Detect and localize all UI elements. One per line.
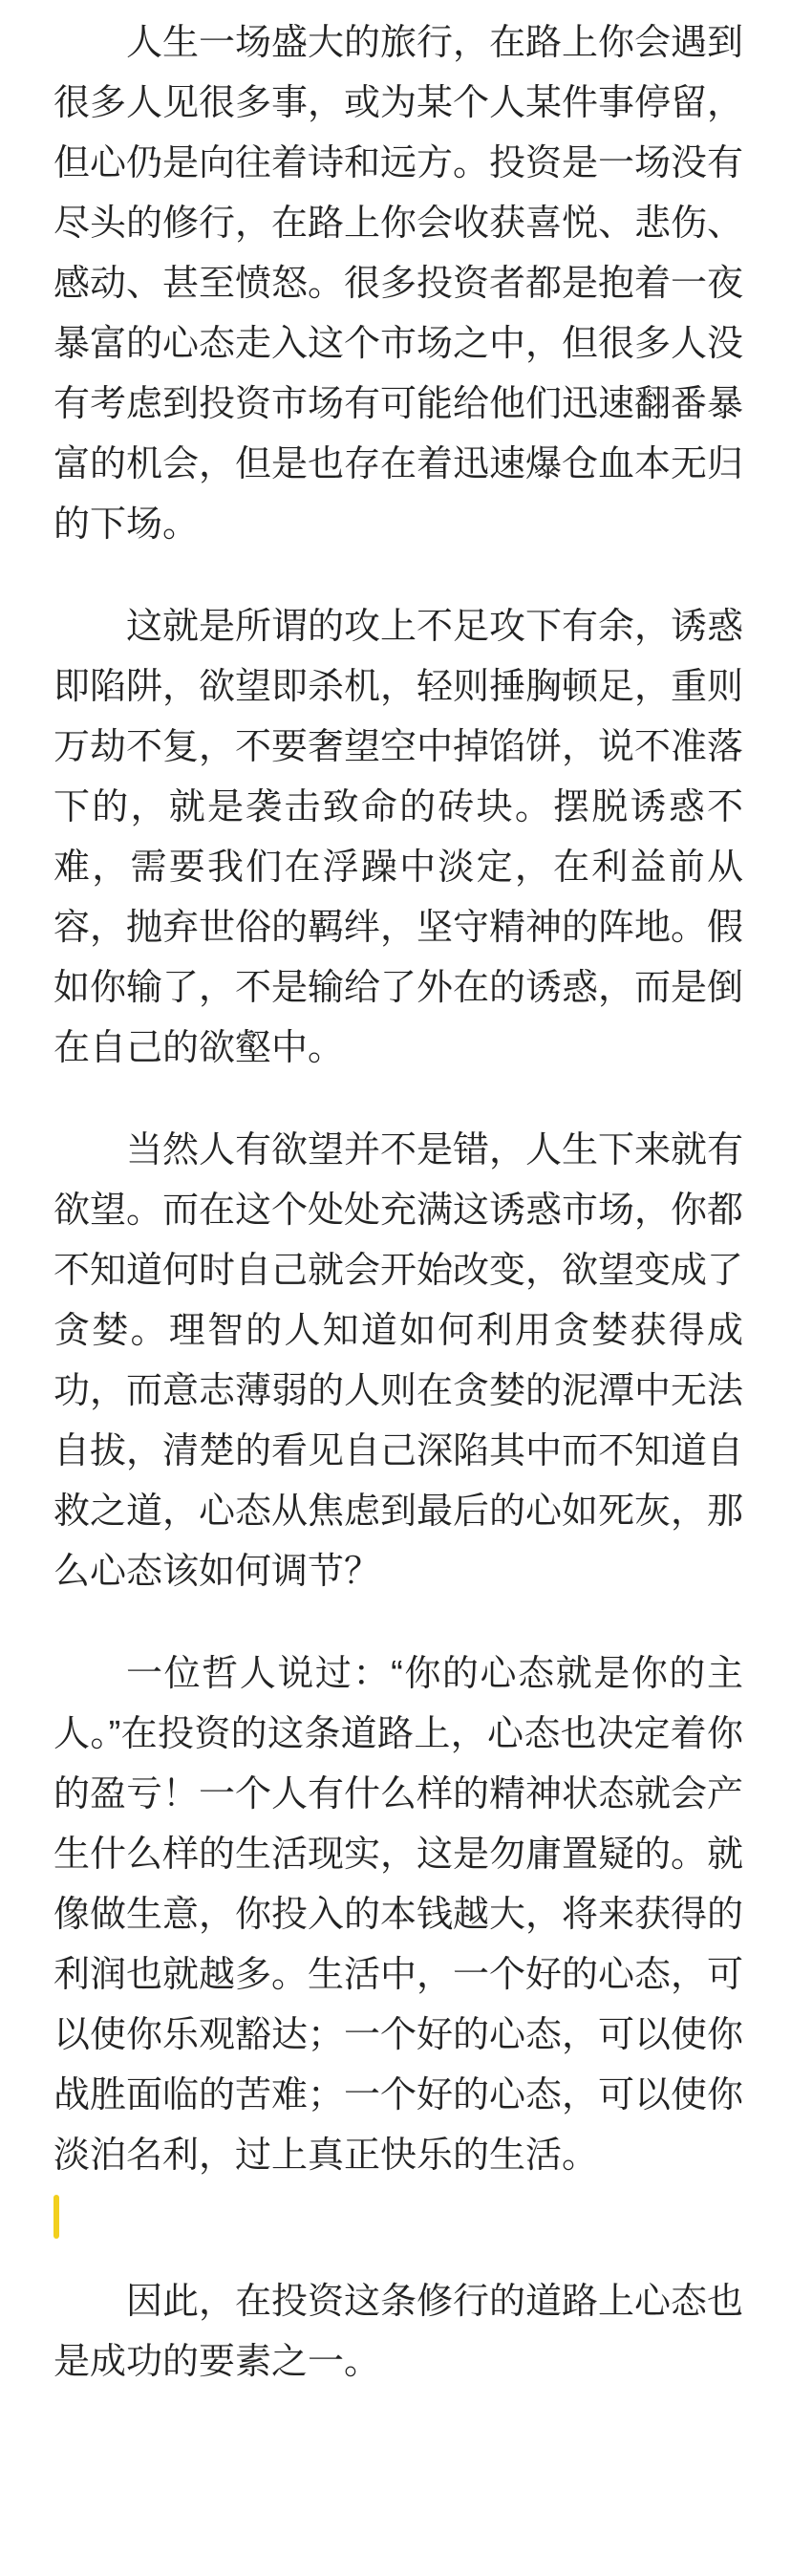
document-page: 人生一场盛大的旅行，在路上你会遇到很多人见很多事，或为某个人某件事停留，但心仍是… bbox=[0, 0, 791, 2576]
paragraph[interactable]: 一位哲人说过：“你的心态就是你的主人。”在投资的这条道路上，心态也决定着你的盈亏… bbox=[53, 1644, 743, 2186]
paragraph[interactable]: 当然人有欲望并不是错，人生下来就有欲望。而在这个处处充满这诱惑市场，你都不知道何… bbox=[53, 1121, 743, 1602]
paragraph[interactable]: 人生一场盛大的旅行，在路上你会遇到很多人见很多事，或为某个人某件事停留，但心仍是… bbox=[53, 13, 743, 555]
empty-line[interactable] bbox=[53, 2186, 743, 2246]
note-editor[interactable]: 人生一场盛大的旅行，在路上你会遇到很多人见很多事，或为某个人某件事停留，但心仍是… bbox=[53, 13, 743, 2393]
paragraph[interactable]: 因此，在投资这条修行的道路上心态也是成功的要素之一。 bbox=[53, 2272, 743, 2393]
paragraph[interactable]: 这就是所谓的攻上不足攻下有余，诱惑即陷阱，欲望即杀机，轻则捶胸顿足，重则万劫不复… bbox=[53, 597, 743, 1079]
text-cursor bbox=[53, 2195, 59, 2239]
